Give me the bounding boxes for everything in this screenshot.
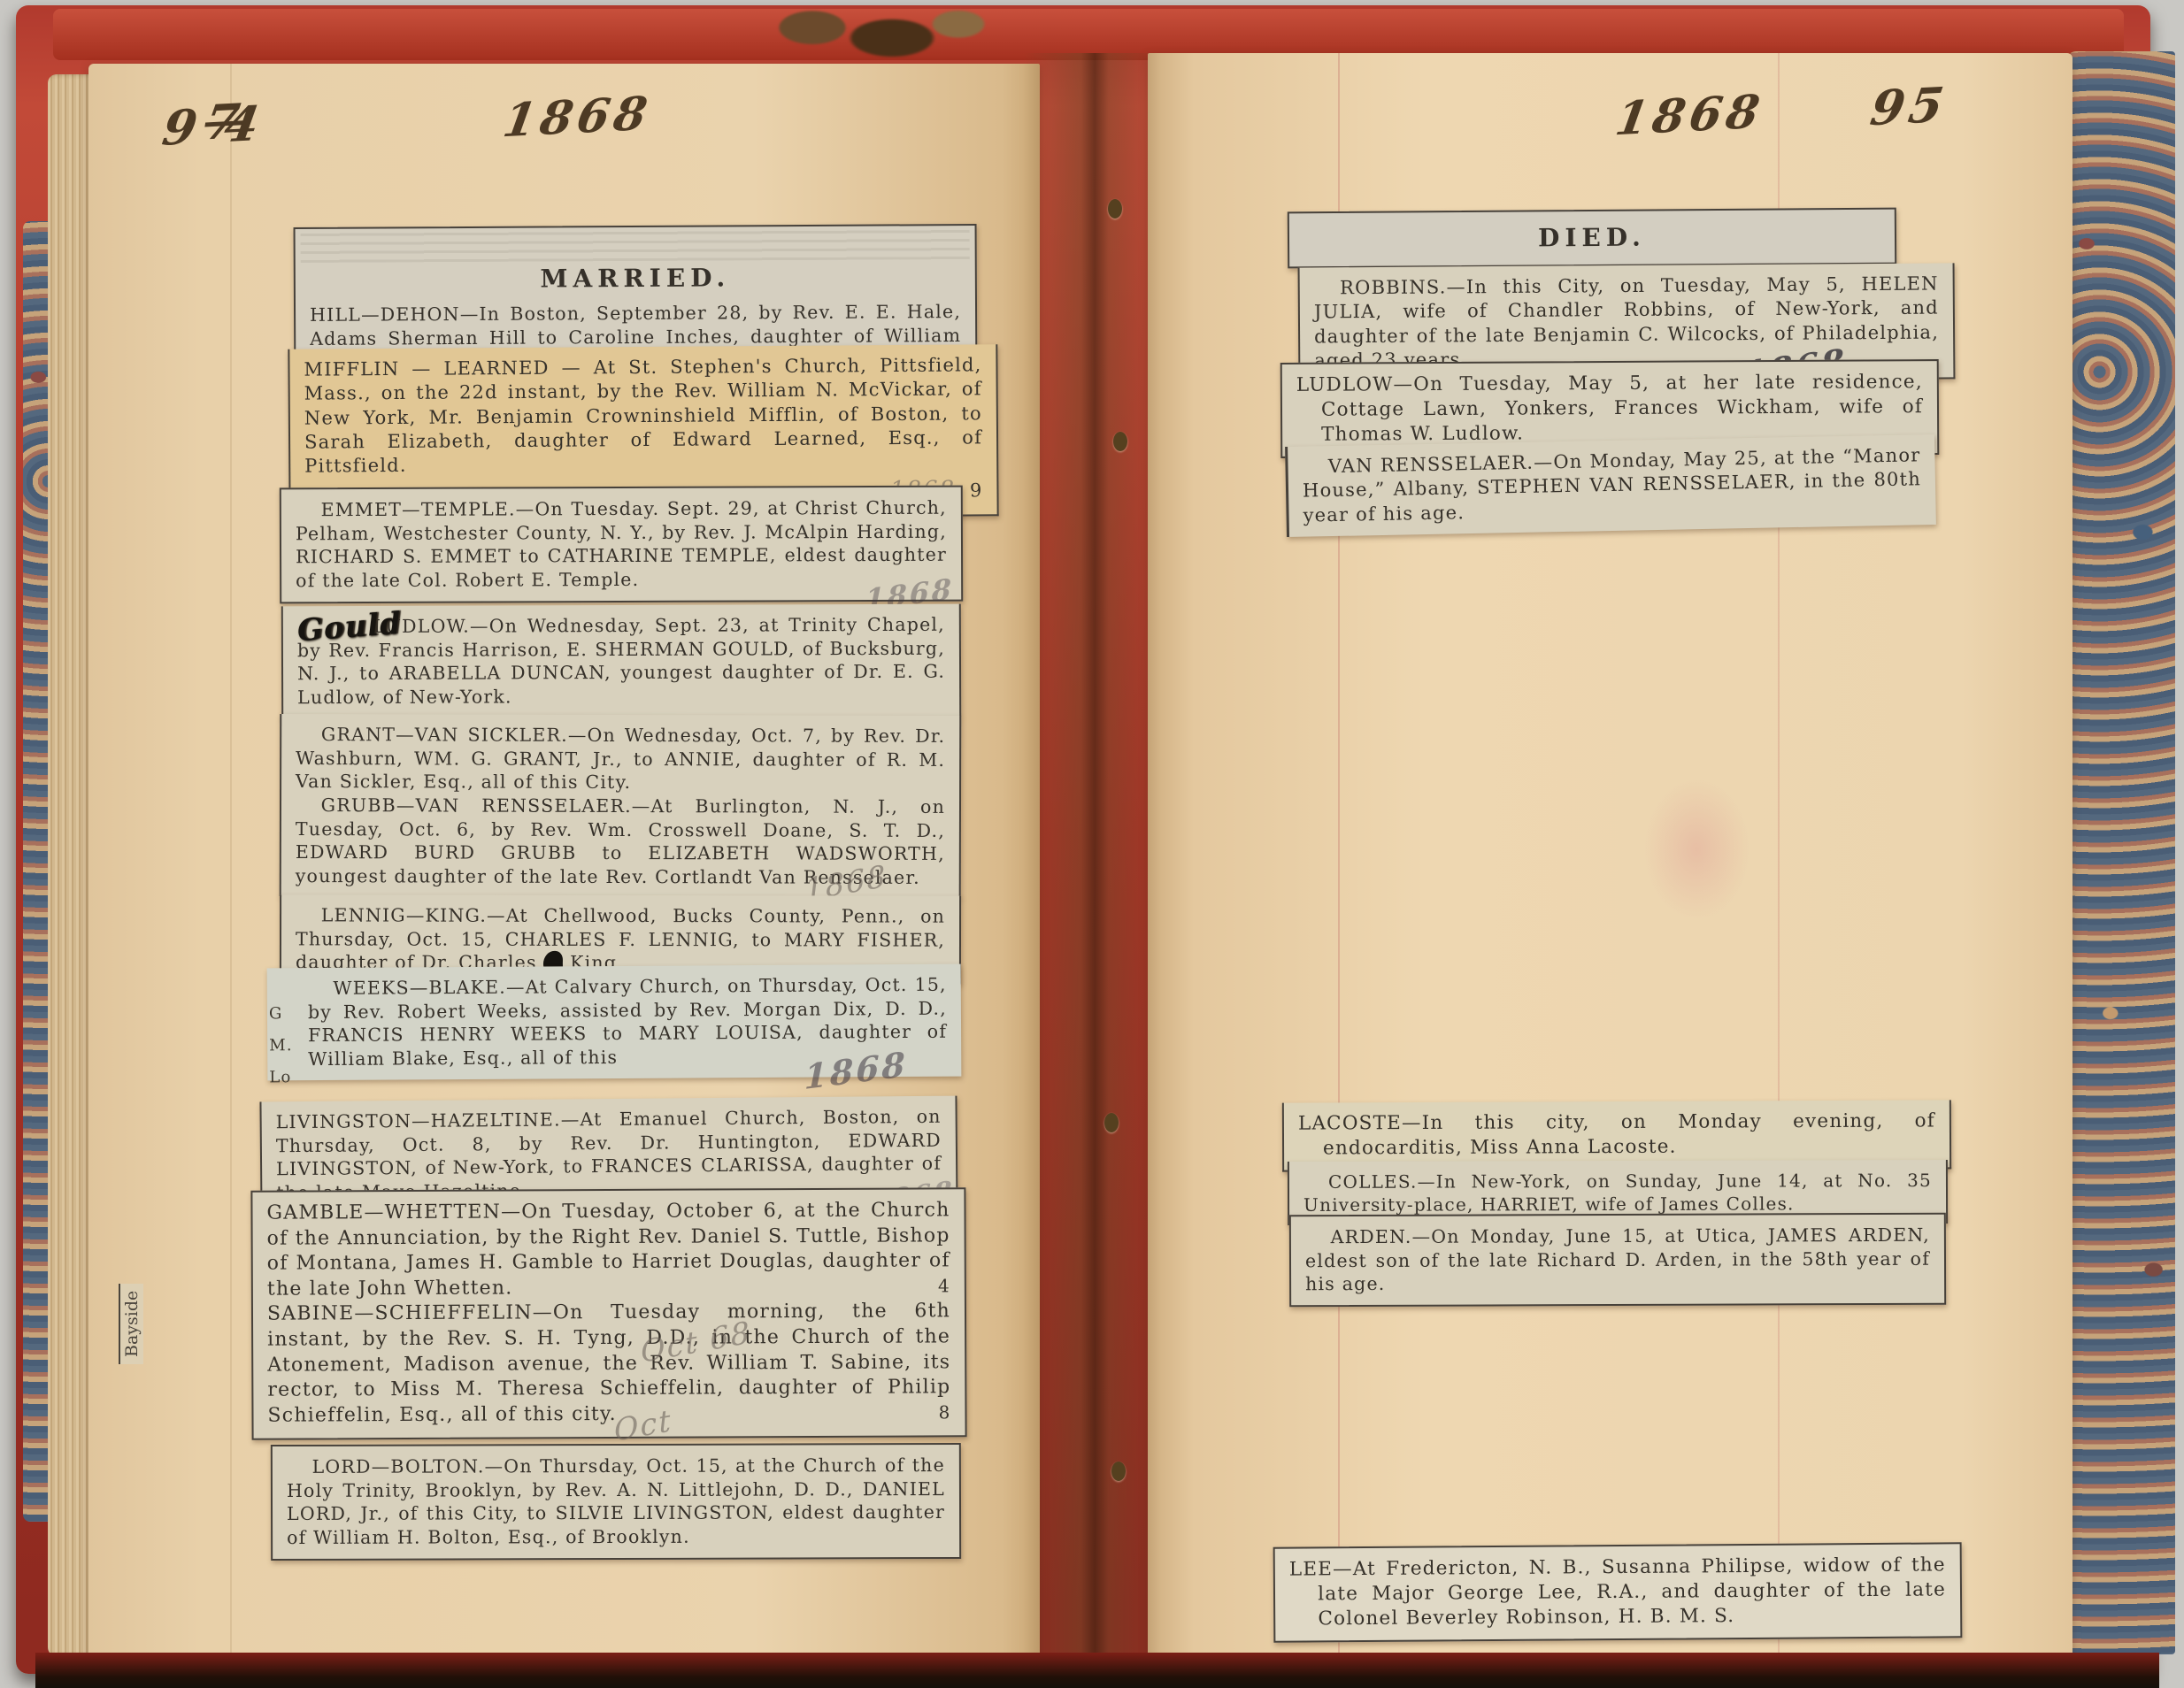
clipping-gamble-sabine: GAMBLE—WHETTEN—On Tuesday, October 6, at… xyxy=(250,1187,966,1440)
clipping-text: SABINE—SCHIEFFELIN—On Tuesday morning, t… xyxy=(267,1301,950,1427)
clipping-van-rensselaer: VAN RENSSELAER.—On Monday, May 25, at th… xyxy=(1285,434,1936,537)
clipping-grant-grubb: GRANT—VAN SICKLER.—On Wednesday, Oct. 7,… xyxy=(280,714,962,898)
column-number: 9 xyxy=(970,480,983,502)
clipping-died-header: DIED. xyxy=(1288,208,1896,269)
column-number: 8 xyxy=(938,1400,950,1423)
ghost-print xyxy=(301,229,970,263)
clipping-text: MIFFLIN — LEARNED — At St. Stephen's Chu… xyxy=(304,353,982,479)
clipping-text: LACOSTE—In this city, on Monday evening,… xyxy=(1298,1109,1935,1161)
page-number-digit: 9 xyxy=(158,98,205,157)
clipping-arden: ARDEN.—On Monday, June 15, at Utica, JAM… xyxy=(1289,1213,1946,1308)
clipping-lee: LEE—At Fredericton, N. B., Susanna Phili… xyxy=(1273,1542,1963,1642)
right-page: 1868 95 DIED. ROBBINS.—In this City, on … xyxy=(1148,53,2072,1667)
binding-hole xyxy=(1111,1462,1126,1481)
page-stain xyxy=(1643,779,1750,920)
fragment-text: Lo xyxy=(269,1062,299,1093)
year-heading-right: 1868 xyxy=(1611,85,1767,147)
marbled-endpaper-right xyxy=(2067,51,2175,1654)
clipping-text: GAMBLE—WHETTEN—On Tuesday, October 6, at… xyxy=(266,1199,950,1300)
clipping-emmet-temple: EMMET—TEMPLE.—On Tuesday. Sept. 29, at C… xyxy=(280,486,963,603)
clipping-text: GAMBLE—WHETTEN—On Tuesday, October 6, at… xyxy=(266,1198,950,1302)
year-heading-left: 1868 xyxy=(499,87,655,149)
clipping-text: ARDEN.—On Monday, June 15, at Utica, JAM… xyxy=(1305,1224,1930,1296)
left-page: 974 1868 Bayside MARRIED. HILL—DEHON—In … xyxy=(88,64,1040,1667)
died-section-header: DIED. xyxy=(1303,220,1880,257)
handwritten-name-annotation: Gould xyxy=(296,604,403,651)
clipping-text: LEE—At Fredericton, N. B., Susanna Phili… xyxy=(1289,1553,1947,1631)
book-gutter-shadow xyxy=(1023,53,1161,1667)
fragment-text: M. xyxy=(269,1030,299,1062)
clipping-weeks-blake: G M. Lo Chis WEEKS—BLAKE.—At Calvary Chu… xyxy=(267,964,962,1080)
protruding-clipping-fragment: Bayside xyxy=(119,1284,143,1364)
binding-hole xyxy=(1113,432,1127,451)
clipping-gould-ludlow: LUDLOW.—On Wednesday, Sept. 23, at Trini… xyxy=(281,604,961,718)
married-section-header: MARRIED. xyxy=(310,261,961,296)
binding-hole xyxy=(1104,1113,1119,1132)
column-number: 4 xyxy=(938,1274,950,1297)
clipping-text: VAN RENSSELAER.—On Monday, May 25, at th… xyxy=(1302,443,1921,527)
clipping-text: EMMET—TEMPLE.—On Tuesday. Sept. 29, at C… xyxy=(296,496,947,593)
page-crease xyxy=(230,64,232,1667)
clipping-text: COLLES.—In New-York, on Sunday, June 14,… xyxy=(1303,1169,1932,1216)
page-number-right: 95 xyxy=(1866,76,1951,136)
clipping-lord-bolton: LORD—BOLTON.—On Thursday, Oct. 15, at th… xyxy=(271,1443,961,1561)
fragment-text: G xyxy=(269,998,299,1030)
binding-hole xyxy=(1108,199,1122,219)
book-bottom-edge-shadow xyxy=(35,1653,2159,1688)
worn-spine-top xyxy=(733,0,998,69)
page-number-left: 974 xyxy=(158,95,267,157)
clipping-text: GRANT—VAN SICKLER.—On Wednesday, Oct. 7,… xyxy=(296,723,945,795)
clipping-text: LORD—BOLTON.—On Thursday, Oct. 15, at th… xyxy=(287,1454,945,1550)
scrapbook-scan: 974 1868 Bayside MARRIED. HILL—DEHON—In … xyxy=(0,0,2184,1688)
clipping-text: SABINE—SCHIEFFELIN—On Tuesday morning, t… xyxy=(267,1300,951,1429)
